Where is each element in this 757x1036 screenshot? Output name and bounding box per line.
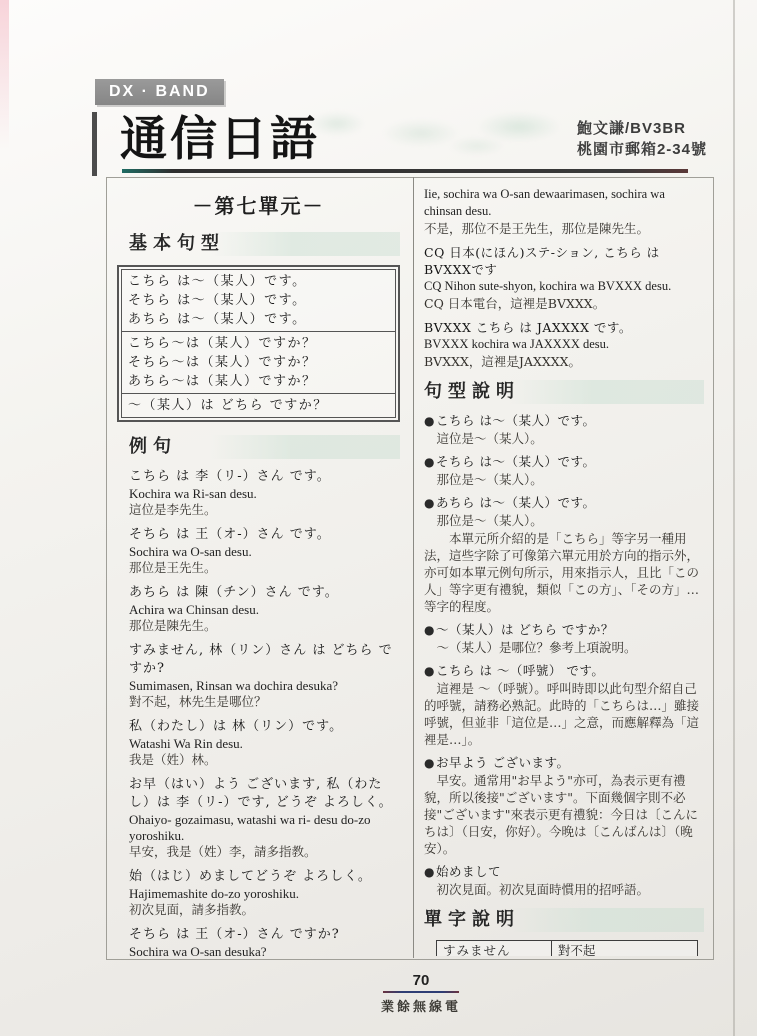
example-item: そちら は 王（オ-）さん です。 Sochira wa O-san desu.… bbox=[129, 526, 400, 576]
note-body: 這裡是 ～（呼號）。呼叫時即以此句型介紹自己的呼號，請務必熟記。此時的「こちらは… bbox=[424, 680, 704, 748]
note-head: ●こちら は ～（呼號） です。 bbox=[424, 662, 704, 680]
note-head-text: 始めまして bbox=[436, 864, 501, 879]
example-japanese: そちら は 王（オ-）さん です。 bbox=[129, 526, 400, 544]
example-chinese: 初次見面，請多指教。 bbox=[129, 902, 400, 918]
vocab-definition: 對不起 bbox=[551, 941, 697, 957]
note-body: 那位是～（某人）。 bbox=[424, 471, 704, 488]
example-item: お早（はい）よう ございます, 私（わたし）は 李（リ-）です, どうぞ よろし… bbox=[129, 776, 400, 860]
heading-pattern-notes: 句型說明 bbox=[424, 380, 704, 404]
example-japanese: そちら は 王（オ-）さん ですか? bbox=[129, 926, 400, 944]
author-address: 桃園市郵箱2-34號 bbox=[577, 139, 707, 160]
example-item: そちら は 王（オ-）さん ですか? Sochira wa O-san desu… bbox=[129, 926, 400, 956]
example-japanese: あちら は 陳（チン）さん です。 bbox=[129, 584, 400, 602]
pattern-box-inner: こちら は～（某人）です。 そちら は～（某人）です。 あちら は～（某人）です… bbox=[121, 269, 396, 418]
example-item: こちら は 李（リ-）さん です。 Kochira wa Ri-san desu… bbox=[129, 468, 400, 518]
example-japanese: BVXXX こちら は JAXXXX です。 bbox=[424, 319, 704, 336]
example-chinese: 對不起，林先生是哪位？ bbox=[129, 694, 400, 710]
example-romaji: BVXXX kochira wa JAXXXX desu. bbox=[424, 336, 704, 353]
example-japanese: CQ 日本(にほん)ステ-ション, こちら はBVXXXです bbox=[424, 244, 704, 278]
pattern-line: ～（某人）は どちら ですか？ bbox=[128, 396, 389, 415]
note-body: 初次見面。初次見面時慣用的招呼語。 bbox=[424, 881, 704, 898]
heading-basic-patterns: 基本句型 bbox=[129, 232, 400, 256]
example-chinese: 不是，那位不是王先生，那位是陳先生。 bbox=[424, 220, 704, 237]
example-chinese: 那位是王先生。 bbox=[129, 560, 400, 576]
note-head-text: こちら は ～（呼號） です。 bbox=[436, 663, 604, 678]
note-item: ●お早よう ございます。 早安。通常用"お早よう"亦可，為表示更有禮貌，所以後接… bbox=[424, 754, 704, 857]
unit-heading: －第七單元－ bbox=[117, 190, 400, 219]
author-block: 鮑文謙/BV3BR 桃園市郵箱2-34號 bbox=[577, 118, 707, 160]
print-bleedthrough-artifact bbox=[295, 98, 575, 162]
example-item: CQ 日本(にほん)ステ-ション, こちら はBVXXXです CQ Nihon … bbox=[424, 244, 704, 312]
example-romaji: Iie, sochira wa O-san dewaarimasen, soch… bbox=[424, 186, 704, 220]
note-item: ●あちら は～（某人）です。 那位是～（某人）。 本單元所介紹的是「こちら」等字… bbox=[424, 494, 704, 615]
pattern-line: そちら は～（某人）です。 bbox=[128, 291, 389, 310]
note-body: 那位是～（某人）。 bbox=[424, 512, 704, 529]
example-romaji: Sochira wa O-san desu. bbox=[129, 544, 400, 560]
example-continuation: Iie, sochira wa O-san dewaarimasen, soch… bbox=[424, 186, 704, 237]
note-head-text: ～（某人）は どちら ですか？ bbox=[436, 622, 614, 637]
note-paragraph: 本單元所介紹的是「こちら」等字另一種用法，這些字除了可像第六單元用於方向的指示外… bbox=[424, 530, 704, 615]
note-head: ●あちら は～（某人）です。 bbox=[424, 494, 704, 512]
title-accent-bar bbox=[92, 112, 97, 176]
column-divider bbox=[413, 177, 414, 958]
note-item: ●こちら は～（某人）です。 這位是～（某人）。 bbox=[424, 412, 704, 447]
vocabulary-table: すみません 對不起 どうぞ 請 よろしく 1.指教，關照。2.問候。 bbox=[436, 940, 698, 956]
note-item: ●始めまして 初次見面。初次見面時慣用的招呼語。 bbox=[424, 863, 704, 898]
example-chinese: 早安，我是（姓）李，請多指教。 bbox=[129, 844, 400, 860]
pattern-line: こちら～は（某人）ですか？ bbox=[128, 334, 389, 353]
article-title: 通信日語 bbox=[120, 102, 320, 169]
bullet-icon: ● bbox=[424, 455, 435, 469]
example-chinese: CQ 日本電台，這裡是BVXXX。 bbox=[424, 295, 704, 312]
right-column: Iie, sochira wa O-san dewaarimasen, soch… bbox=[424, 186, 704, 956]
pattern-line: あちら は～（某人）です。 bbox=[128, 310, 389, 329]
example-romaji: Kochira wa Ri-san desu. bbox=[129, 486, 400, 502]
note-head: ●～（某人）は どちら ですか？ bbox=[424, 621, 704, 639]
bullet-icon: ● bbox=[424, 756, 435, 770]
pattern-box: こちら は～（某人）です。 そちら は～（某人）です。 あちら は～（某人）です… bbox=[117, 265, 400, 422]
page-footer: 70 業餘無線電 bbox=[331, 972, 511, 1015]
example-item: すみません, 林（リン）さん は どちら ですか? Sumimasen, Rin… bbox=[129, 642, 400, 710]
example-romaji: Sumimasen, Rinsan wa dochira desuka? bbox=[129, 678, 400, 694]
scan-edge-artifact bbox=[0, 0, 9, 150]
bullet-icon: ● bbox=[424, 664, 435, 678]
pattern-group-3: ～（某人）は どちら ですか？ bbox=[122, 394, 395, 417]
pattern-group-2: こちら～は（某人）ですか？ そちら～は（某人）ですか？ あちら～は（某人）ですか… bbox=[122, 332, 395, 394]
pattern-line: こちら は～（某人）です。 bbox=[128, 272, 389, 291]
heading-examples: 例句 bbox=[129, 435, 400, 459]
note-body: ～（某人）是哪位？參考上項說明。 bbox=[424, 639, 704, 656]
page-number: 70 bbox=[331, 972, 511, 989]
left-column: －第七單元－ 基本句型 こちら は～（某人）です。 そちら は～（某人）です。 … bbox=[117, 190, 400, 956]
page-edge-shadow bbox=[733, 0, 735, 1036]
pattern-group-1: こちら は～（某人）です。 そちら は～（某人）です。 あちら は～（某人）です… bbox=[122, 270, 395, 332]
example-romaji: CQ Nihon sute-shyon, kochira wa BVXXX de… bbox=[424, 278, 704, 295]
table-row: すみません 對不起 bbox=[437, 941, 698, 957]
note-head: ●始めまして bbox=[424, 863, 704, 881]
note-head-text: そちら は～（某人）です。 bbox=[436, 454, 595, 469]
note-body: 這位是～（某人）。 bbox=[424, 430, 704, 447]
footer-rule bbox=[383, 991, 459, 993]
note-item: ●こちら は ～（呼號） です。 這裡是 ～（呼號）。呼叫時即以此句型介紹自己的… bbox=[424, 662, 704, 748]
scanned-magazine-page: { "icons": { "bullet": "●" }, "header": … bbox=[0, 0, 757, 1036]
pattern-line: そちら～は（某人）ですか？ bbox=[128, 353, 389, 372]
bullet-icon: ● bbox=[424, 414, 435, 428]
heading-vocabulary: 單字說明 bbox=[424, 908, 704, 932]
example-japanese: お早（はい）よう ございます, 私（わたし）は 李（リ-）です, どうぞ よろし… bbox=[129, 776, 400, 812]
journal-name: 業餘無線電 bbox=[331, 996, 511, 1015]
example-chinese: 我是（姓）林。 bbox=[129, 752, 400, 768]
note-head: ●こちら は～（某人）です。 bbox=[424, 412, 704, 430]
example-japanese: 始（はじ）めましてどうぞ よろしく。 bbox=[129, 868, 400, 886]
example-romaji: Hajimemashite do-zo yoroshiku. bbox=[129, 886, 400, 902]
example-japanese: 私（わたし）は 林（リン）です。 bbox=[129, 718, 400, 736]
example-chinese: 這位是李先生。 bbox=[129, 502, 400, 518]
example-item: あちら は 陳（チン）さん です。 Achira wa Chinsan desu… bbox=[129, 584, 400, 634]
example-romaji: Sochira wa O-san desuka? bbox=[129, 944, 400, 956]
note-head: ●そちら は～（某人）です。 bbox=[424, 453, 704, 471]
example-chinese: BVXXX，這裡是JAXXXX。 bbox=[424, 353, 704, 370]
example-item: BVXXX こちら は JAXXXX です。 BVXXX kochira wa … bbox=[424, 319, 704, 370]
example-romaji: Watashi Wa Rin desu. bbox=[129, 736, 400, 752]
note-head-text: お早よう ございます。 bbox=[436, 755, 569, 770]
example-romaji: Achira wa Chinsan desu. bbox=[129, 602, 400, 618]
example-japanese: すみません, 林（リン）さん は どちら ですか? bbox=[129, 642, 400, 678]
example-item: 私（わたし）は 林（リン）です。 Watashi Wa Rin desu. 我是… bbox=[129, 718, 400, 768]
note-item: ●～（某人）は どちら ですか？ ～（某人）是哪位？參考上項說明。 bbox=[424, 621, 704, 656]
title-rule bbox=[122, 169, 688, 173]
note-item: ●そちら は～（某人）です。 那位是～（某人）。 bbox=[424, 453, 704, 488]
note-head-text: あちら は～（某人）です。 bbox=[436, 495, 595, 510]
bullet-icon: ● bbox=[424, 496, 435, 510]
example-chinese: 那位是陳先生。 bbox=[129, 618, 400, 634]
author-name: 鮑文謙/BV3BR bbox=[577, 118, 707, 139]
note-head-text: こちら は～（某人）です。 bbox=[436, 413, 595, 428]
bullet-icon: ● bbox=[424, 623, 435, 637]
note-head: ●お早よう ございます。 bbox=[424, 754, 704, 772]
bullet-icon: ● bbox=[424, 865, 435, 879]
example-japanese: こちら は 李（リ-）さん です。 bbox=[129, 468, 400, 486]
pattern-line: あちら～は（某人）ですか？ bbox=[128, 372, 389, 391]
example-romaji: Ohaiyo- gozaimasu, watashi wa ri- desu d… bbox=[129, 812, 400, 844]
vocab-term: すみません bbox=[437, 941, 552, 957]
example-item: 始（はじ）めましてどうぞ よろしく。 Hajimemashite do-zo y… bbox=[129, 868, 400, 918]
note-body: 早安。通常用"お早よう"亦可，為表示更有禮貌，所以後接"ございます"。下面幾個字… bbox=[424, 772, 704, 857]
